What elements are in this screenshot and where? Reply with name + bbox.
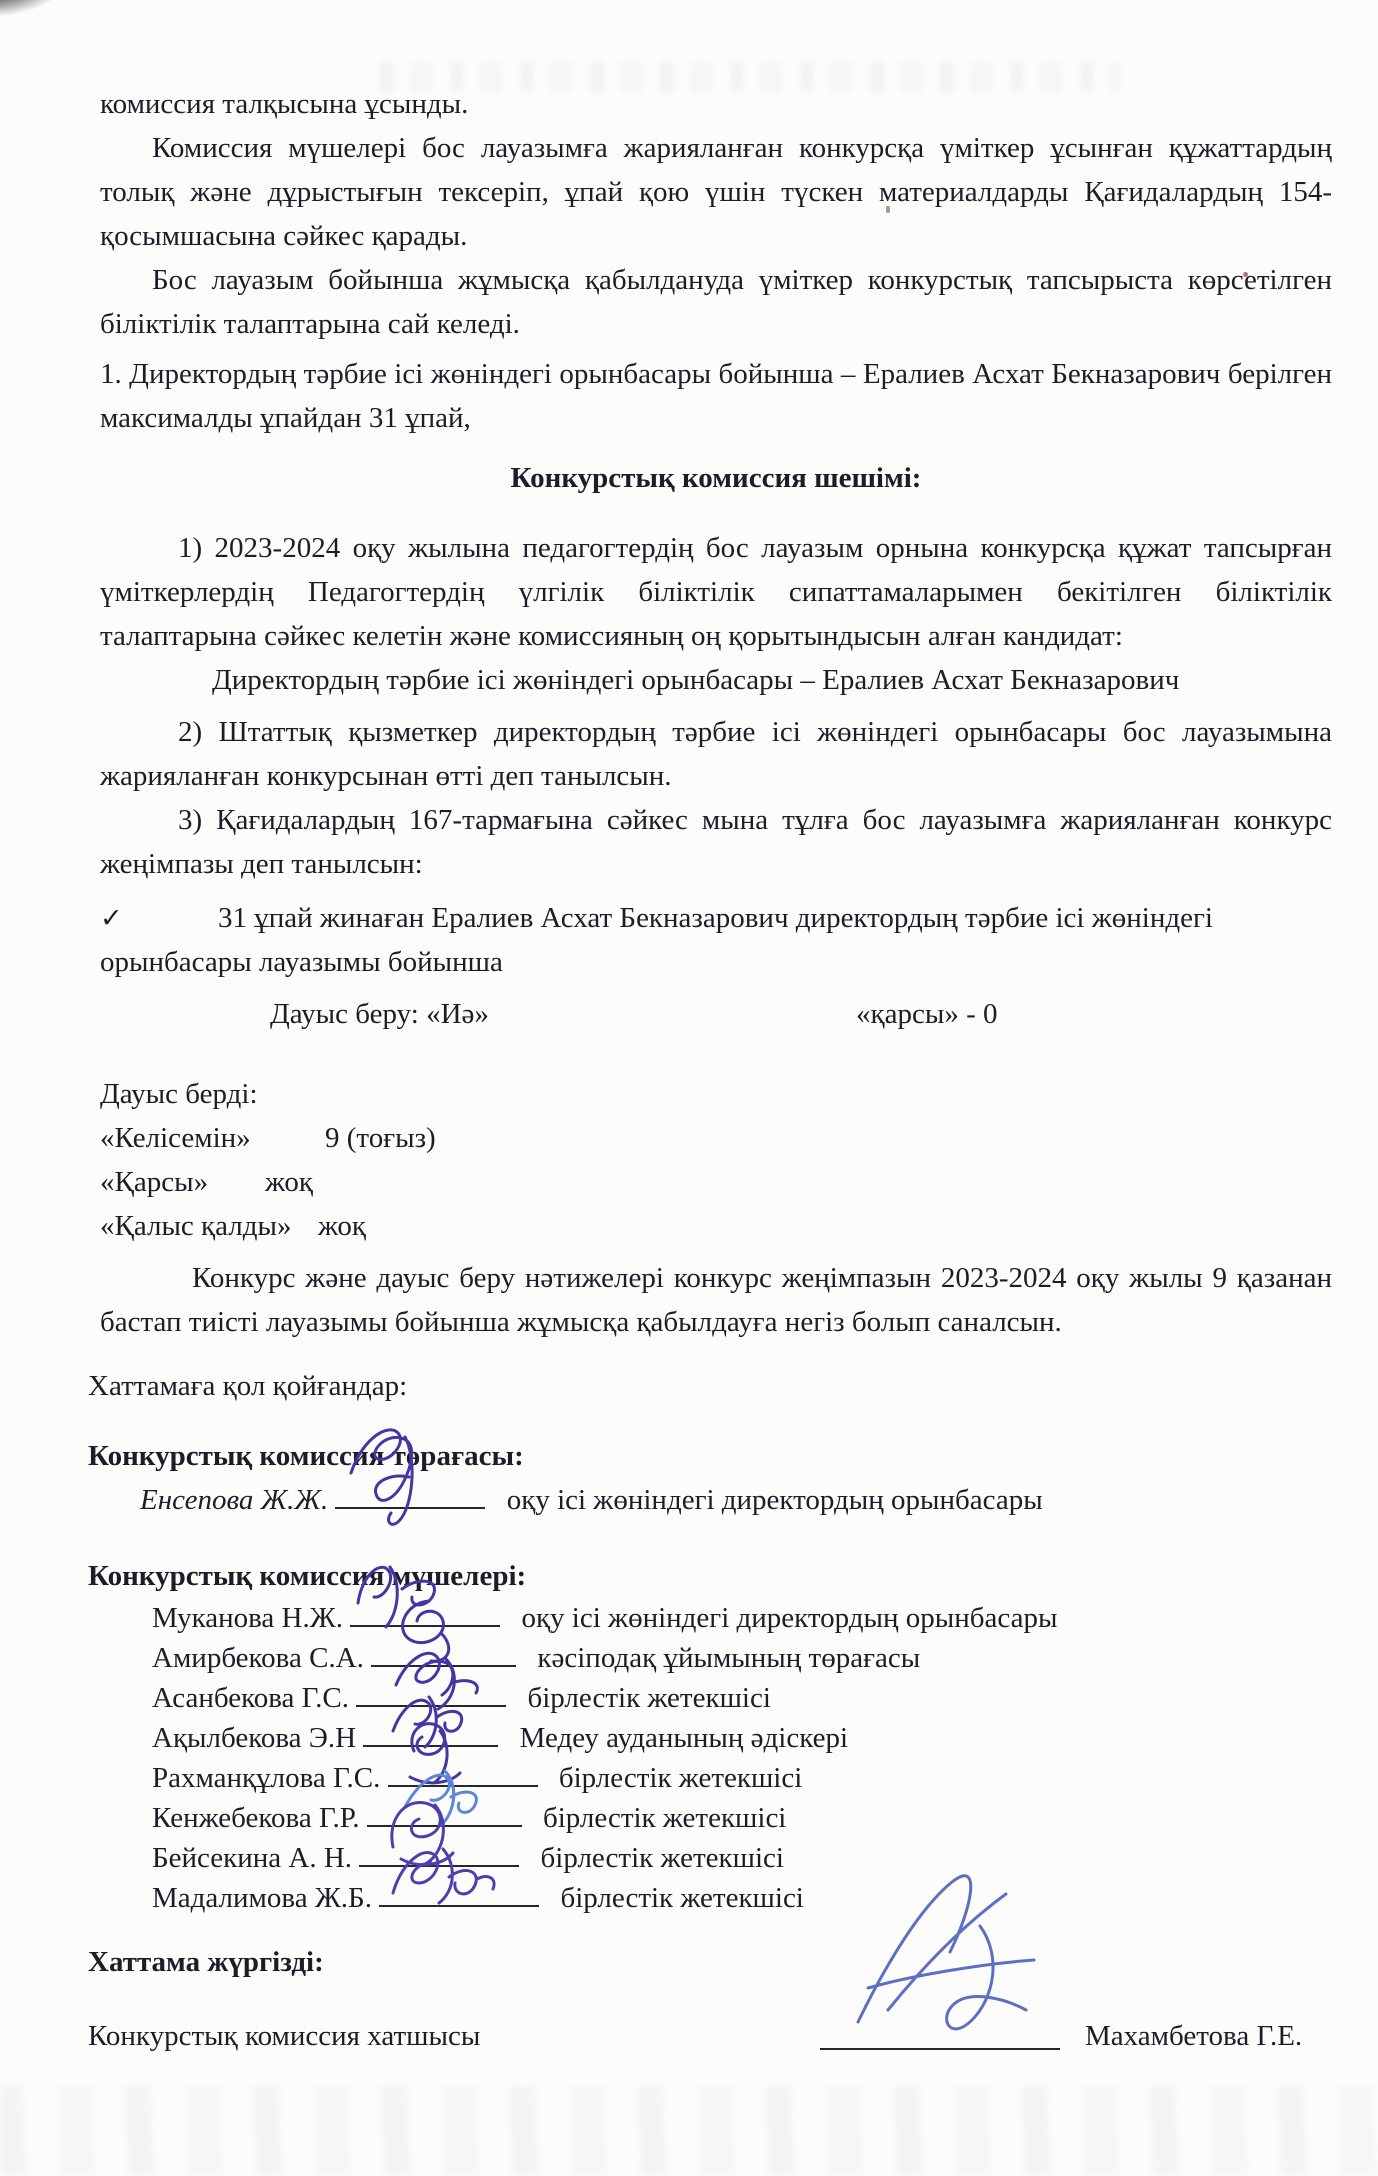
member-name: Асанбекова Г.С. xyxy=(152,1682,349,1714)
member-name: Амирбекова С.А. xyxy=(152,1642,364,1674)
member-role: бірлестік жетекшісі xyxy=(543,1802,786,1834)
member-row: Амирбекова С.А. кәсіподақ ұйымының төрағ… xyxy=(152,1638,1332,1678)
decision-heading: Конкурстық комиссия шешімі: xyxy=(100,456,1332,500)
member-row: Бейсекина А. Н. бірлестік жетекшісі xyxy=(152,1838,1332,1878)
winner-check-row: ✓31 ұпай жинаған Ералиев Асхат Бекназаро… xyxy=(100,896,1332,984)
member-role: бірлестік жетекшісі xyxy=(527,1682,770,1714)
member-name: Кенжебекова Г.Р. xyxy=(152,1802,359,1834)
member-name: Ақылбекова Э.Н xyxy=(152,1722,356,1754)
member-row: Кенжебекова Г.Р. бірлестік жетекшісі xyxy=(152,1798,1332,1838)
paragraph-candidate-score: 1. Директордың тәрбие ісі жөніндегі орын… xyxy=(100,352,1332,440)
secretary-signature-line xyxy=(820,2022,1060,2050)
voted-block: Дауыс берді: «Келісемін»9 (тоғыз) «Қарсы… xyxy=(100,1072,1332,1248)
paragraph-hiring-basis: Конкурс және дауыс беру нәтижелері конку… xyxy=(100,1256,1332,1344)
member-row: Мадалимова Ж.Б. бірлестік жетекшісі xyxy=(152,1878,1332,1918)
bleed-through-smudge-bottom xyxy=(0,2086,1378,2176)
scanned-protocol-page: комиссия талқысына ұсынды. Комиссия мүше… xyxy=(0,0,1378,2176)
vote-against-label: «қарсы» - 0 xyxy=(856,992,997,1036)
member-role: бірлестік жетекшісі xyxy=(559,1762,802,1794)
member-row: Асанбекова Г.С. бірлестік жетекшісі xyxy=(152,1678,1332,1718)
recorder-heading: Хаттама жүргізді: xyxy=(88,1940,1332,1984)
member-name: Муканова Н.Ж. xyxy=(152,1602,343,1634)
check-icon: ✓ xyxy=(100,896,218,940)
signers-heading: Хаттамаға қол қойғандар: xyxy=(88,1364,1332,1408)
voted-heading: Дауыс берді: xyxy=(100,1072,1332,1116)
vote-yes-label: Дауыс беру: «Иә» xyxy=(270,998,489,1030)
signature-madalimova xyxy=(385,1833,505,1919)
member-name: Мадалимова Ж.Б. xyxy=(152,1882,372,1914)
winner-check-text: 31 ұпай жинаған Ералиев Асхат Бекназаров… xyxy=(100,902,1213,978)
member-role: бірлестік жетекшісі xyxy=(560,1882,803,1914)
chair-signature-row: Енсепова Ж.Ж. оқу ісі жөніндегі директор… xyxy=(140,1478,1332,1522)
voted-row-against: «Қарсы»жоқ xyxy=(100,1160,1332,1204)
member-row: Рахманқұлова Г.С. бірлестік жетекшісі xyxy=(152,1758,1332,1798)
candidate-line: Директордың тәрбие ісі жөніндегі орынбас… xyxy=(212,658,1332,702)
paragraph-decision-3: 3) Қағидалардың 167-тармағына сәйкес мын… xyxy=(100,798,1332,886)
voted-row-abstain: «Қалыс қалды»жоқ xyxy=(100,1204,1332,1248)
secretary-name: Махамбетова Г.Е. xyxy=(1085,2014,1302,2058)
members-signature-list: Муканова Н.Ж. оқу ісі жөніндегі директор… xyxy=(100,1598,1332,1918)
paragraph-intro-tail: комиссия талқысына ұсынды. xyxy=(100,82,1332,126)
scan-corner-shadow xyxy=(0,0,120,60)
member-name: Бейсекина А. Н. xyxy=(152,1842,352,1874)
secretary-label: Конкурстық комиссия хатшысы xyxy=(88,2020,480,2052)
member-row: Ақылбекова Э.Н Медеу ауданының әдіскері xyxy=(152,1718,1332,1758)
paragraph-documents-check: Комиссия мүшелері бос лауазымға жариялан… xyxy=(100,126,1332,258)
member-row: Муканова Н.Ж. оқу ісі жөніндегі директор… xyxy=(152,1598,1332,1638)
signature-chair xyxy=(341,1415,461,1535)
member-role: Медеу ауданының әдіскері xyxy=(520,1722,848,1754)
vote-result-line: Дауыс беру: «Иә» «қарсы» - 0 xyxy=(100,992,1332,1036)
member-role: бірлестік жетекшісі xyxy=(541,1842,784,1874)
signature-makhambetova xyxy=(830,1864,1060,2049)
member-role: кәсіподақ ұйымының төрағасы xyxy=(537,1642,920,1674)
paragraph-decision-2: 2) Штаттық қызметкер директордың тәрбие … xyxy=(100,710,1332,798)
secretary-signature-row: Конкурстық комиссия хатшысы Махамбетова … xyxy=(100,2014,1332,2058)
member-name: Рахманқұлова Г.С. xyxy=(152,1762,380,1794)
chair-name: Енсепова Ж.Ж. xyxy=(140,1484,328,1516)
paragraph-qualification: Бос лауазым бойынша жұмысқа қабылдануда … xyxy=(100,258,1332,346)
member-role: оқу ісі жөніндегі директордың орынбасары xyxy=(521,1602,1057,1634)
voted-row-agree: «Келісемін»9 (тоғыз) xyxy=(100,1116,1332,1160)
members-heading: Конкурстық комиссия мүшелері: xyxy=(88,1554,1332,1598)
paragraph-decision-1: 1) 2023-2024 оқу жылына педагогтердің бо… xyxy=(100,526,1332,658)
member-signature-line xyxy=(379,1879,539,1907)
chair-role: оқу ісі жөніндегі директордың орынбасары xyxy=(507,1484,1043,1516)
chair-signature-line xyxy=(335,1481,485,1509)
chair-heading: Конкурстық комиссия төрағасы: xyxy=(88,1434,1332,1478)
